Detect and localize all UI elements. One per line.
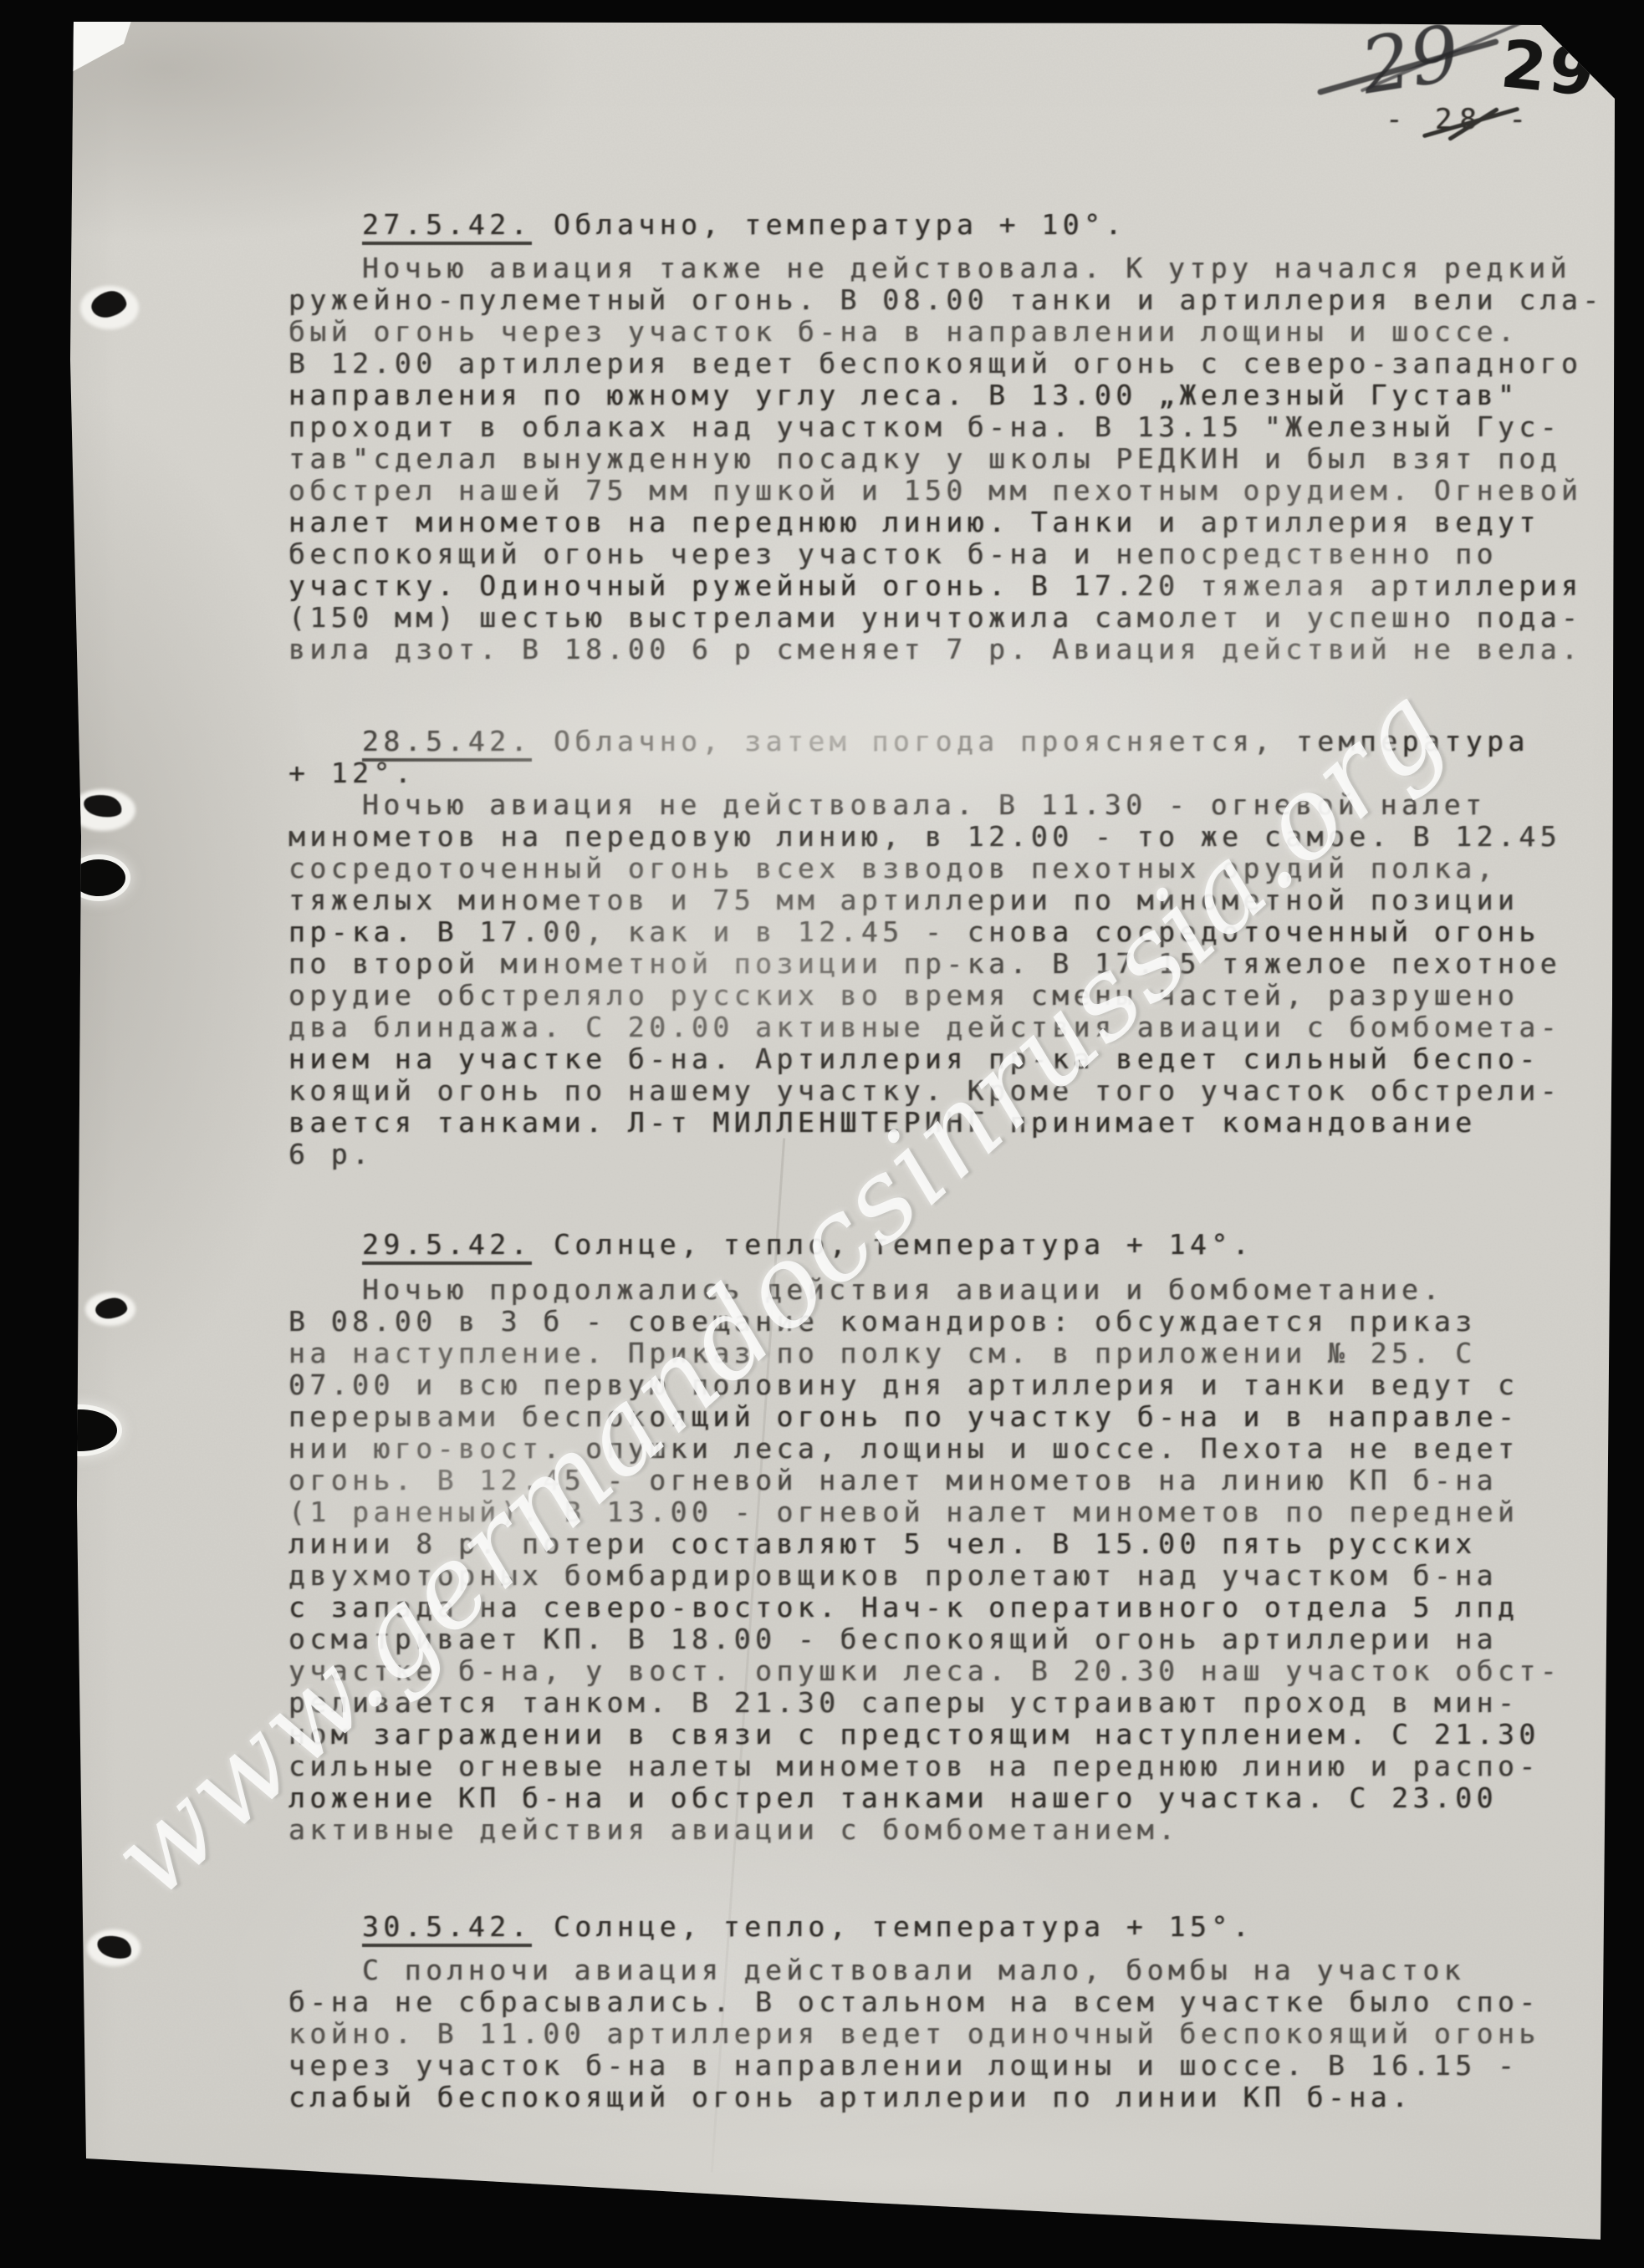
punch-hole [43,1409,117,1451]
typed-line: 07.00 и всю первую половину дня артиллер… [288,1369,1644,1401]
diary-entry-27-5-42: 27.5.42.Облачно, температура + 10°.Ночью… [288,209,1644,665]
typed-line: через участок б-на в направлении лощины … [288,2050,1644,2082]
entry-heading: 27.5.42.Облачно, температура + 10°. [288,209,1644,241]
entry-body: Ночью авиация также не действовала. К ут… [288,252,1644,665]
entry-weather: Солнце, тепло, температура + 15°. [554,1910,1253,1943]
typed-line: беспокоящий огонь через участок б-на и н… [288,538,1644,570]
typed-line: ложение КП б-на и обстрел танками нашего… [288,1782,1644,1814]
typed-line: койно. В 11.00 артиллерия ведет одиночны… [288,2018,1644,2050]
typed-line: налет минометов на переднюю линию. Танки… [288,507,1644,538]
typed-line: по второй минометной позиции пр-ка. В 17… [288,948,1644,980]
entry-heading: 29.5.42.Солнце, тепло, температура + 14°… [288,1229,1644,1261]
typed-line: минометов на передовую линию, в 12.00 - … [288,821,1644,853]
torn-corner [18,13,144,122]
typed-line: б-на не сбрасывались. В остальном на все… [288,1986,1644,2018]
crossed-out-page-number: - 28 - [1386,104,1534,135]
typed-line: участке б-на, у вост. опушки леса. В 20.… [288,1655,1644,1687]
paper-speck [62,222,69,229]
typed-line: тяжелых минометов и 75 мм артиллерии по … [288,884,1644,916]
typed-line: участку. Одиночный ружейный огонь. В 17.… [288,570,1644,602]
typed-line: Ночью авиация также не действовала. К ут… [288,252,1644,284]
typed-line: вила дзот. В 18.00 6 р сменяет 7 р. Авиа… [288,634,1644,665]
typed-line: (150 мм) шестью выстрелами уничтожила са… [288,602,1644,634]
entry-date: 30.5.42. [362,1910,532,1947]
typed-line: В 08.00 в 3 б - совещание командиров: об… [288,1306,1644,1338]
paper-page: - 28 - 27.5.42.Облачно, температура + 10… [0,0,1644,2268]
typed-line: реливается танком. В 21.30 саперы устраи… [288,1687,1644,1719]
diary-entry-30-5-42: 30.5.42.Солнце, тепло, температура + 15°… [288,1911,1644,2113]
punch-hole [72,859,125,896]
handwritten-page-number: 29 [1355,8,1465,112]
typed-line: сильные огневые налеты минометов на пере… [288,1751,1644,1782]
entry-body: С полночи авиация действовали мало, бомб… [288,1955,1644,2113]
typed-line: перерывами беспокоящий огонь по участку … [288,1401,1644,1433]
typed-line: ружейно-пулеметный огонь. В 08.00 танки … [288,284,1644,316]
typed-line: С полночи авиация действовали мало, бомб… [288,1955,1644,1986]
entry-weather: Облачно, температура + 10°. [554,208,1126,241]
typed-line: проходит в облаках над участком б-на. В … [288,411,1644,443]
typed-line: слабый беспокоящий огонь артиллерии по л… [288,2082,1644,2113]
typed-line: орудие обстреляло русских во время смены… [288,980,1644,1012]
typed-line: на наступление. Приказ по полку см. в пр… [288,1338,1644,1369]
entry-date: 27.5.42. [362,208,532,245]
entry-date: 29.5.42. [362,1228,532,1265]
typed-line: В 12.00 артиллерия ведет беспокоящий ого… [288,348,1644,380]
document-scan: - 28 - 27.5.42.Облачно, температура + 10… [0,0,1644,2268]
entry-heading: 30.5.42.Солнце, тепло, температура + 15°… [288,1911,1644,1943]
typed-line: Ночью авиация не действовала. В 11.30 - … [288,789,1644,821]
typed-line: пр-ка. В 17.00, как и в 12.45 - снова со… [288,916,1644,948]
typed-line: ном заграждении в связи с предстоящим на… [288,1719,1644,1751]
typed-line: бый огонь через участок б-на в направлен… [288,316,1644,348]
typed-line: сосредоточенный огонь всех взводов пехот… [288,853,1644,884]
typed-line: тав"сделал вынужденную посадку у школы Р… [288,443,1644,475]
handwritten-number-text: 29 [1355,8,1465,112]
typed-line: обстрел нашей 75 мм пушкой и 150 мм пехо… [288,475,1644,507]
stamped-page-number: 29 [1498,27,1601,111]
typed-line: направления по южному углу леса. В 13.00… [288,380,1644,411]
typed-line: активные действия авиации с бомбометание… [288,1814,1644,1846]
typed-line: Ночью продолжались действия авиации и бо… [288,1274,1644,1306]
